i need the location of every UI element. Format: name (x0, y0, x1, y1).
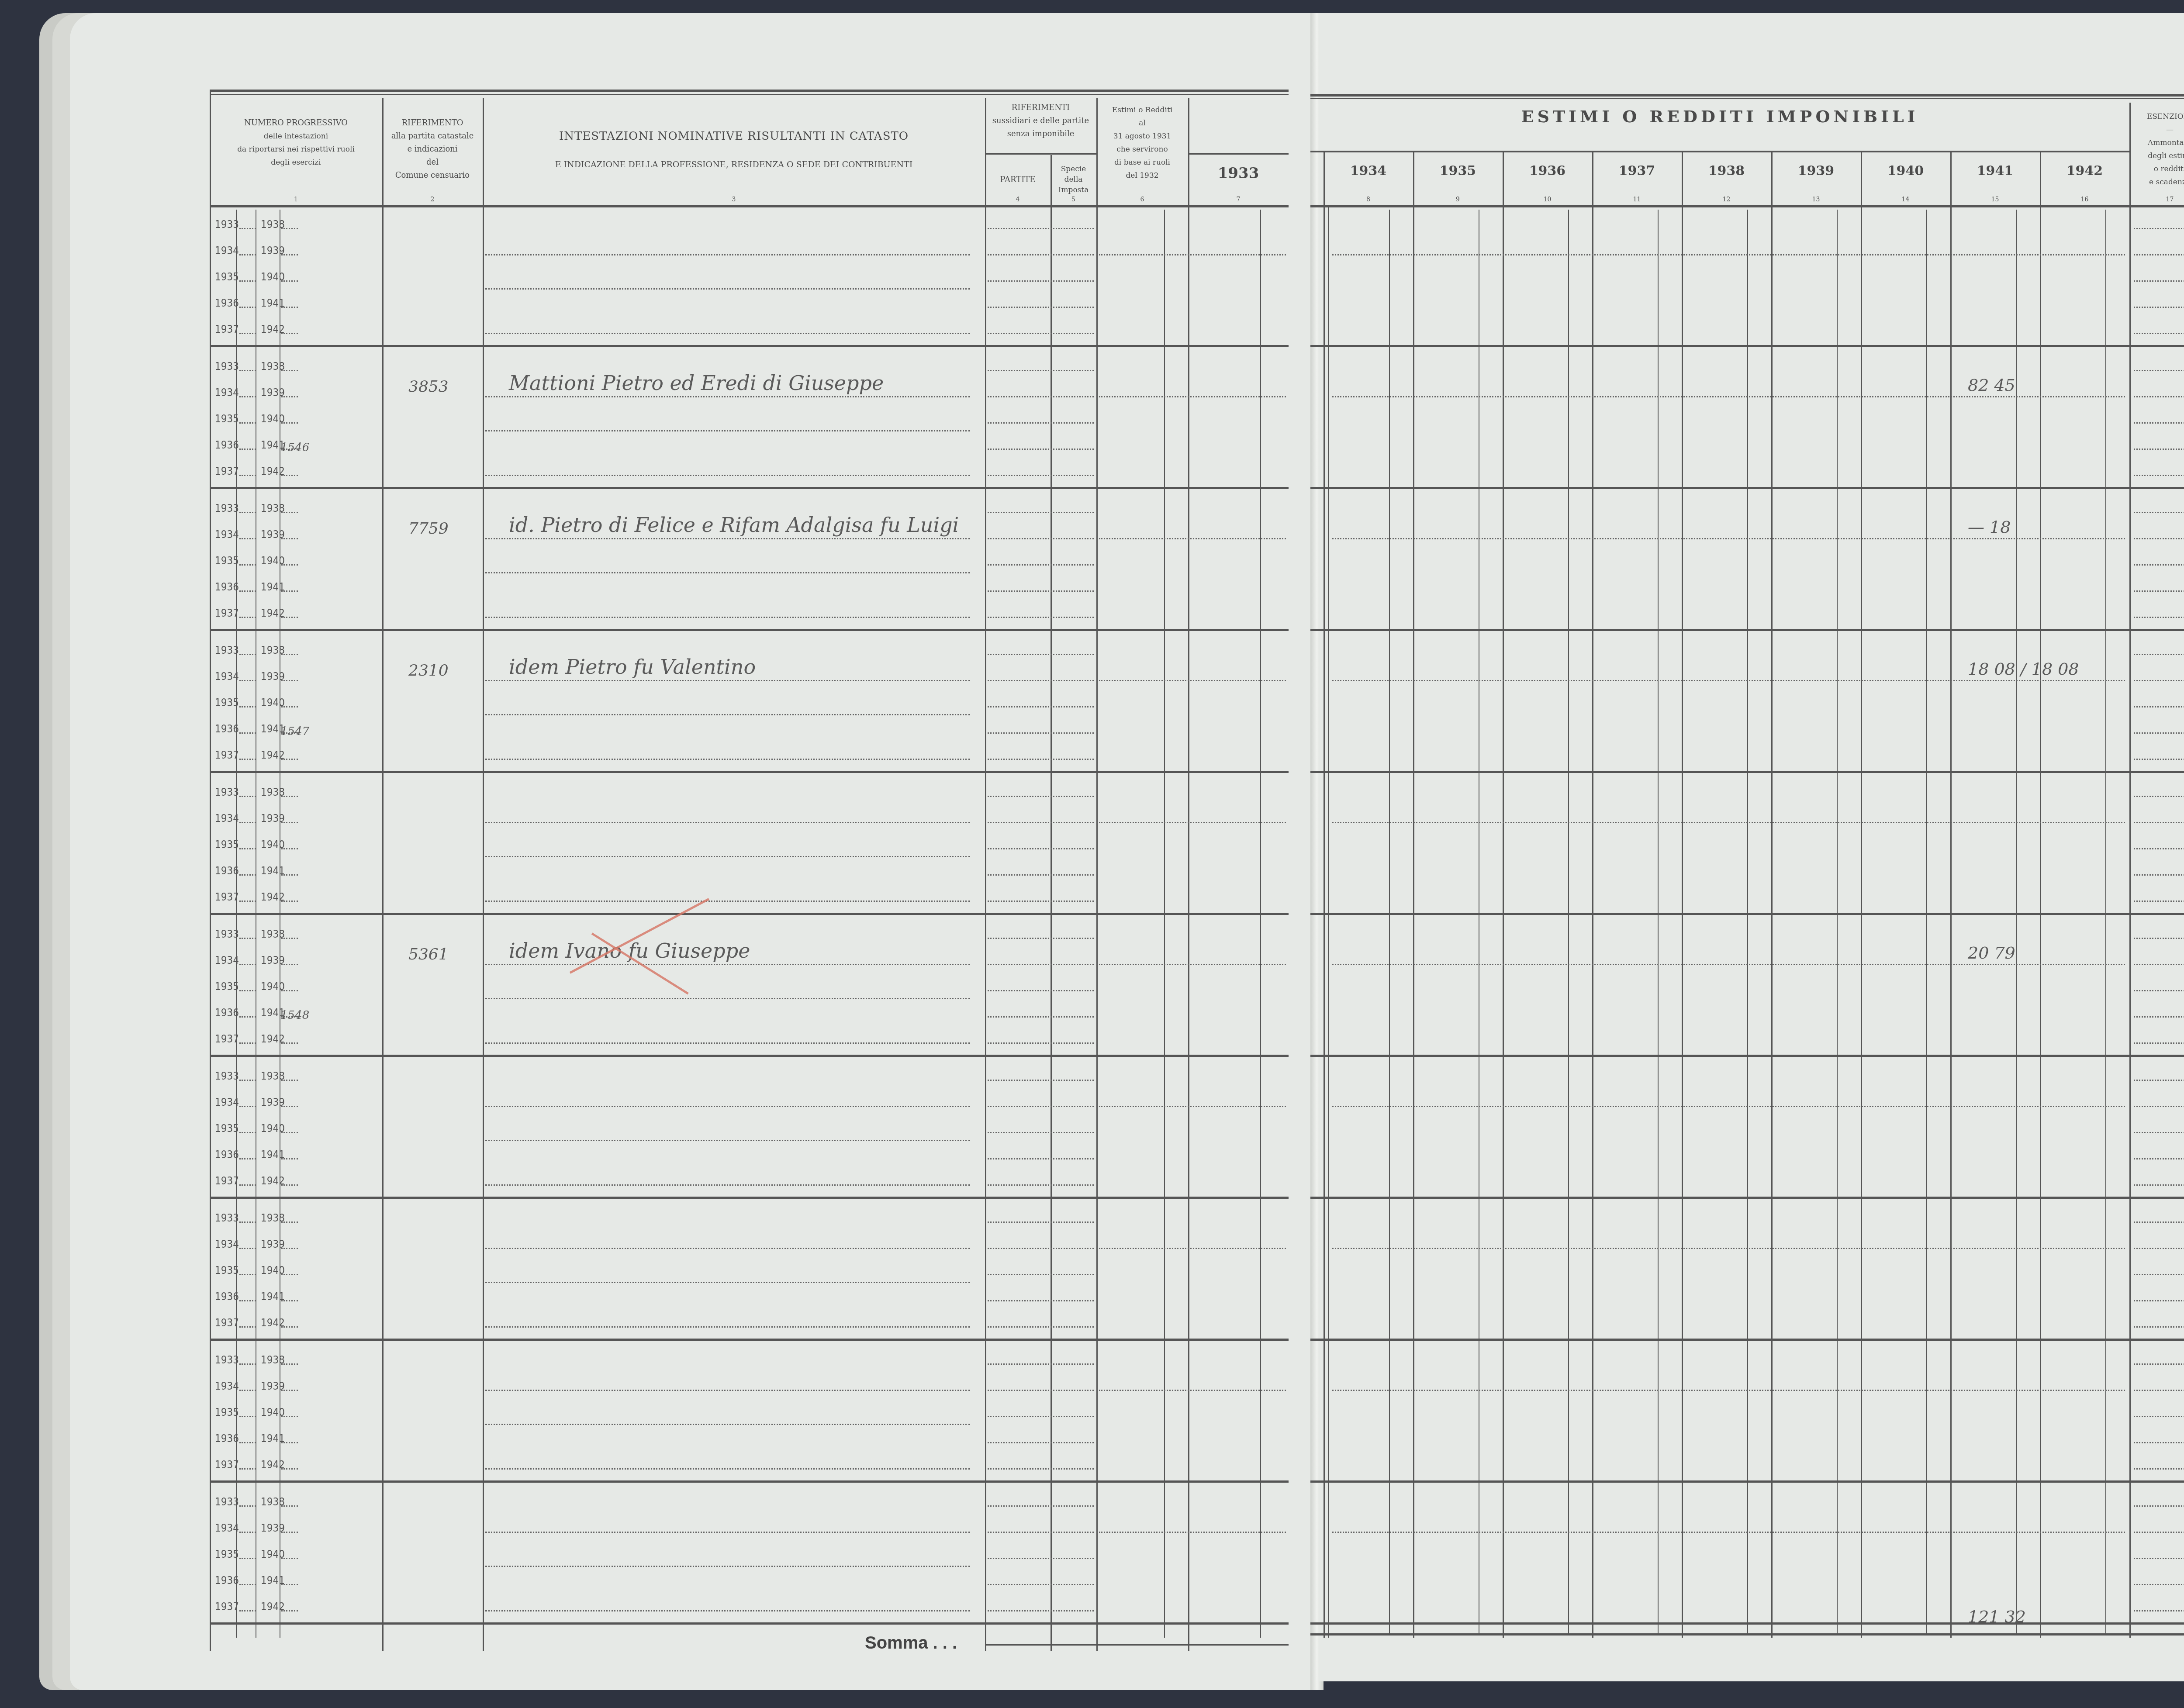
dotted-rule (988, 848, 1094, 849)
col2-header-line: RIFERIMENTO (382, 118, 483, 128)
partita-number: 5361 (408, 945, 449, 963)
col2-header-line: Comune censuario (382, 170, 483, 181)
dotted-rule (1099, 538, 1286, 539)
dotted-rule (1099, 1248, 1286, 1249)
dotted-rule (281, 396, 298, 397)
block-separator-rule (1310, 629, 2184, 631)
name-dotted-rule (485, 901, 970, 902)
year-label: 1936 (215, 1149, 239, 1161)
dotted-rule (988, 1184, 1094, 1186)
esenzioni-dotted-rule (2134, 1221, 2184, 1223)
year-column-divider (1413, 151, 1414, 1638)
year-label: 1937 (215, 465, 239, 477)
year-label: 1935 (215, 697, 239, 709)
year-label: 1934 (215, 1380, 239, 1392)
year-label: 1934 (215, 670, 239, 683)
dotted-rule (239, 848, 256, 849)
dotted-rule (1332, 822, 2125, 823)
name-dotted-rule (485, 538, 970, 539)
dotted-rule (988, 759, 1094, 760)
dotted-rule (239, 1610, 256, 1611)
dotted-rule (988, 1468, 1094, 1470)
year-label: 1934 (215, 386, 239, 399)
col5-header-line: Imposta (1051, 185, 1096, 195)
dotted-rule (988, 1300, 1094, 1301)
name-dotted-rule (485, 617, 970, 618)
dotted-rule (988, 1584, 1094, 1585)
dotted-rule (988, 512, 1094, 513)
col5-number: 5 (1051, 194, 1096, 205)
block-separator-rule (210, 1622, 1289, 1625)
esenzioni-dotted-rule (2134, 538, 2184, 539)
dotted-rule (281, 874, 298, 876)
dotted-rule (1099, 680, 1286, 681)
dotted-rule (1332, 254, 2125, 255)
dotted-rule (1332, 1532, 2125, 1533)
name-dotted-rule (485, 1042, 970, 1044)
col1-number: 1 (210, 194, 382, 205)
dotted-rule (239, 1221, 256, 1223)
dotted-rule (281, 901, 298, 902)
esenzioni-dotted-rule (2134, 848, 2184, 849)
dotted-rule (281, 990, 298, 991)
name-dotted-rule (485, 998, 970, 999)
dotted-rule (281, 564, 298, 566)
ledger-book: Mod. 111 - Imposte Dirette (Intercalare)… (26, 13, 2184, 1699)
year-label: 1933 (215, 1354, 239, 1366)
year-label: 1934 (215, 954, 239, 966)
dotted-rule (988, 964, 1094, 965)
dotted-rule (239, 370, 256, 371)
esenzioni-dotted-rule (2134, 874, 2184, 876)
dotted-rule (988, 1158, 1094, 1159)
column-divider (1188, 98, 1189, 1651)
name-dotted-rule (485, 430, 970, 431)
dotted-rule (239, 307, 256, 308)
column-divider (1096, 98, 1098, 1651)
dotted-rule (281, 1042, 298, 1044)
dotted-rule (239, 732, 256, 734)
dotted-rule (239, 538, 256, 539)
dotted-rule (281, 1221, 298, 1223)
dotted-rule (988, 280, 1094, 282)
dotted-rule (239, 1106, 256, 1107)
dotted-rule (988, 706, 1094, 707)
block-separator-rule (1310, 1622, 2184, 1625)
dotted-rule (281, 1106, 298, 1107)
cents-divider (1926, 210, 1927, 1633)
year-label: 1935 (215, 555, 239, 567)
value-1941: 20 79 (1968, 943, 2015, 963)
block-separator-rule (1310, 1197, 2184, 1199)
block-separator-rule (210, 629, 1289, 631)
dotted-rule (239, 422, 256, 424)
somma-rule (985, 1644, 1289, 1646)
year-label: 1935 (215, 1264, 239, 1277)
dotted-rule (281, 538, 298, 539)
dotted-rule (988, 564, 1094, 566)
esenzioni-dotted-rule (2134, 1248, 2184, 1249)
block-separator-rule (210, 1480, 1289, 1483)
dotted-rule (239, 333, 256, 334)
dotted-rule (988, 654, 1094, 655)
column-divider (985, 98, 986, 1651)
dotted-rule (988, 1532, 1094, 1533)
dotted-rule (239, 1300, 256, 1301)
year-label: 1934 (215, 245, 239, 257)
name-dotted-rule (485, 1566, 970, 1567)
esenzioni-header-line: e scadenze (2129, 177, 2184, 187)
dotted-rule (239, 990, 256, 991)
total-rule (1310, 1633, 2184, 1636)
block-separator-rule (210, 1055, 1289, 1057)
dotted-rule (239, 475, 256, 476)
year-column-number: 8 (1324, 194, 1413, 205)
cents-divider (2105, 210, 2106, 1633)
year-label: 1934 (215, 1522, 239, 1534)
dotted-rule (281, 1300, 298, 1301)
ledger-ref-note: 1548 (280, 1009, 309, 1022)
name-dotted-rule (485, 288, 970, 290)
col6-number: 6 (1096, 194, 1188, 205)
year-label: 1935 (215, 980, 239, 993)
left-page (70, 13, 1315, 1690)
col5-header-line: Specie (1051, 164, 1096, 174)
dotted-rule (1332, 1248, 2125, 1249)
year-label: 1937 (215, 1459, 239, 1471)
name-dotted-rule (485, 572, 970, 573)
col45-group-header: senza imponibile (985, 129, 1096, 139)
year-label: 1937 (215, 749, 239, 761)
block-separator-rule (1310, 345, 2184, 347)
dotted-rule (281, 706, 298, 707)
esenzioni-dotted-rule (2134, 796, 2184, 797)
header-top-rule-thin (1310, 98, 2184, 99)
year-label: 1937 (215, 1317, 239, 1329)
name-dotted-rule (485, 396, 970, 397)
esenzioni-dotted-rule (2134, 1468, 2184, 1470)
column-divider (1051, 155, 1052, 1651)
year-column-number: 11 (1592, 194, 1682, 205)
dotted-rule (988, 307, 1094, 308)
block-separator-rule (210, 771, 1289, 773)
estimi-title: ESTIMI O REDDITI IMPONIBILI (1310, 111, 2129, 122)
dotted-rule (281, 590, 298, 592)
esenzioni-dotted-rule (2134, 1416, 2184, 1417)
year-label: 1936 (215, 581, 239, 593)
dotted-rule (239, 796, 256, 797)
year-header: 1937 (1592, 166, 1682, 176)
dotted-rule (988, 617, 1094, 618)
name-dotted-rule (485, 1326, 970, 1328)
dotted-rule (239, 1390, 256, 1391)
dotted-rule (988, 254, 1094, 255)
dotted-rule (239, 1184, 256, 1186)
year-label: 1935 (215, 1548, 239, 1560)
dotted-rule (281, 822, 298, 823)
dotted-rule (1332, 964, 2125, 965)
esenzioni-dotted-rule (2134, 1584, 2184, 1585)
dotted-rule (988, 590, 1094, 592)
esenzioni-dotted-rule (2134, 228, 2184, 229)
header-top-rule (210, 90, 1289, 92)
dotted-rule (281, 1468, 298, 1470)
dotted-rule (988, 1363, 1094, 1365)
block-separator-rule (210, 1197, 1289, 1199)
dotted-rule (988, 449, 1094, 450)
dotted-rule (281, 938, 298, 939)
column-divider (483, 98, 484, 1651)
year-column-divider (1682, 151, 1683, 1638)
year-label: 1937 (215, 1033, 239, 1045)
dotted-rule (281, 307, 298, 308)
name-dotted-rule (485, 1424, 970, 1425)
block-separator-rule (1310, 1055, 2184, 1057)
dotted-rule (1099, 1106, 1286, 1107)
dotted-rule (239, 1248, 256, 1249)
year-label: 1935 (215, 838, 239, 851)
block-separator-rule (210, 487, 1289, 489)
esenzioni-dotted-rule (2134, 1505, 2184, 1507)
year-label: 1934 (215, 528, 239, 541)
esenzioni-dotted-rule (2134, 1132, 2184, 1133)
dotted-rule (281, 280, 298, 282)
dotted-rule (988, 1221, 1094, 1223)
year-label: 1933 (215, 644, 239, 656)
name-dotted-rule (485, 964, 970, 965)
dotted-rule (281, 512, 298, 513)
year-label: 1934 (215, 1096, 239, 1108)
esenzioni-dotted-rule (2134, 1158, 2184, 1159)
year-header: 1934 (1324, 166, 1413, 176)
year-label: 1937 (215, 323, 239, 335)
block-separator-rule (210, 1339, 1289, 1341)
dotted-rule (1332, 680, 2125, 681)
value-1941: — 18 (1968, 518, 2011, 537)
dotted-rule (239, 759, 256, 760)
esenzioni-dotted-rule (2134, 759, 2184, 760)
dotted-rule (281, 475, 298, 476)
block-separator-rule (1310, 487, 2184, 489)
year-header: 1941 (1950, 166, 2040, 176)
name-dotted-rule (485, 1248, 970, 1249)
dotted-rule (988, 990, 1094, 991)
year-label: 1936 (215, 439, 239, 451)
block-separator-rule (1310, 771, 2184, 773)
year-label: 1935 (215, 271, 239, 283)
col1-header-line: NUMERO PROGRESSIVO (210, 118, 382, 128)
esenzioni-dotted-rule (2134, 732, 2184, 734)
dotted-rule (239, 654, 256, 655)
name-dotted-rule (485, 680, 970, 681)
block-separator-rule (210, 913, 1289, 915)
year-label: 1937 (215, 607, 239, 619)
name-dotted-rule (485, 1282, 970, 1283)
esenzioni-dotted-rule (2134, 475, 2184, 476)
name-dotted-rule (485, 1390, 970, 1391)
dotted-rule (988, 422, 1094, 424)
owner-name: idem Ivano fu Giuseppe (509, 939, 750, 963)
dotted-rule (988, 874, 1094, 876)
dotted-rule (988, 680, 1094, 681)
somma-label: Somma . . . (865, 1633, 957, 1653)
dotted-rule (281, 1416, 298, 1417)
owner-name: Mattioni Pietro ed Eredi di Giuseppe (509, 371, 884, 395)
cents-divider (2016, 210, 2017, 1633)
total-1941: 121 32 (1968, 1607, 2026, 1626)
esenzioni-dotted-rule (2134, 1390, 2184, 1391)
sub-divider (1164, 210, 1165, 1638)
dotted-rule (988, 370, 1094, 371)
year-label: 1935 (215, 1406, 239, 1418)
col2-number: 2 (382, 194, 483, 205)
partita-number: 7759 (408, 520, 449, 538)
dotted-rule (1332, 1106, 2125, 1107)
cents-divider (1747, 210, 1748, 1633)
name-dotted-rule (485, 856, 970, 857)
dotted-rule (239, 1442, 256, 1443)
dotted-rule (239, 938, 256, 939)
col2-header-line: e indicazioni (382, 144, 483, 155)
dotted-rule (988, 796, 1094, 797)
dotted-rule (988, 1390, 1094, 1391)
year-label: 1936 (215, 1574, 239, 1587)
esenzioni-dotted-rule (2134, 1300, 2184, 1301)
dotted-rule (281, 1080, 298, 1081)
year-column-number: 16 (2040, 194, 2129, 205)
column-divider (2129, 103, 2131, 1638)
col6-header-line: che servirono (1096, 144, 1188, 155)
dotted-rule (988, 822, 1094, 823)
esenzioni-header-line: o redditi (2129, 164, 2184, 174)
partita-number: 3853 (408, 378, 449, 396)
year-label: 1933 (215, 360, 239, 373)
dotted-rule (281, 422, 298, 424)
esenzioni-dotted-rule (2134, 1184, 2184, 1186)
col6-header-line: del 1932 (1096, 170, 1188, 181)
esenzioni-header-line: ESENZIONI (2129, 111, 2184, 122)
dotted-rule (1332, 396, 2125, 397)
dotted-rule (239, 1532, 256, 1533)
year-label: 1933 (215, 1070, 239, 1082)
esenzioni-dotted-rule (2134, 422, 2184, 424)
col2-header-line: del (382, 157, 483, 168)
name-dotted-rule (485, 1106, 970, 1107)
dotted-rule (281, 1274, 298, 1275)
dotted-rule (239, 1416, 256, 1417)
name-dotted-rule (485, 333, 970, 334)
esenzioni-dotted-rule (2134, 1363, 2184, 1365)
dotted-rule (281, 848, 298, 849)
block-separator-rule (210, 345, 1289, 347)
dotted-rule (281, 333, 298, 334)
dotted-rule (281, 654, 298, 655)
year-label: 1937 (215, 891, 239, 903)
esenzioni-dotted-rule (2134, 254, 2184, 255)
owner-name: idem Pietro fu Valentino (509, 655, 756, 679)
col3-number: 3 (483, 194, 985, 205)
dotted-rule (239, 1016, 256, 1018)
subheader-rule (985, 153, 1096, 155)
year-label: 1936 (215, 723, 239, 735)
col1-header-line: degli esercizi (210, 157, 382, 168)
name-dotted-rule (485, 1610, 970, 1611)
year-label: 1933 (215, 218, 239, 231)
dotted-rule (988, 1042, 1094, 1044)
value-1941: 18 08 / 18 08 (1968, 659, 2079, 679)
year-column-divider (1503, 151, 1504, 1638)
esenzioni-dotted-rule (2134, 449, 2184, 450)
dotted-rule (1099, 822, 1286, 823)
year-header: 1939 (1771, 166, 1861, 176)
dotted-rule (239, 512, 256, 513)
year-label: 1934 (215, 812, 239, 825)
esenzioni-dotted-rule (2134, 396, 2184, 397)
esenzioni-dotted-rule (2134, 654, 2184, 655)
dotted-rule (988, 333, 1094, 334)
left-border (210, 90, 211, 1651)
esenzioni-dotted-rule (2134, 333, 2184, 334)
year-label: 1934 (215, 1238, 239, 1250)
esenzioni-dotted-rule (2134, 1016, 2184, 1018)
year-label: 1933 (215, 928, 239, 940)
cents-divider (1568, 210, 1569, 1633)
subheader-rule (1310, 151, 2129, 152)
dotted-rule (239, 564, 256, 566)
col6-header-line: di base ai ruoli (1096, 157, 1188, 168)
year-header: 1935 (1413, 166, 1503, 176)
col45-group-header: RIFERIMENTI (985, 103, 1096, 113)
dotted-rule (1099, 396, 1286, 397)
dotted-rule (239, 228, 256, 229)
name-dotted-rule (485, 714, 970, 715)
esenzioni-dotted-rule (2134, 822, 2184, 823)
esenzioni-dotted-rule (2134, 706, 2184, 707)
esenzioni-dotted-rule (2134, 1326, 2184, 1328)
year-label: 1937 (215, 1175, 239, 1187)
dotted-rule (281, 1363, 298, 1365)
col1-header-line: da riportarsi nei rispettivi ruoli (210, 144, 382, 155)
cents-divider (1658, 210, 1659, 1633)
col4-header: PARTITE (985, 175, 1051, 185)
dotted-rule (239, 1274, 256, 1275)
esenzioni-dotted-rule (2134, 617, 2184, 618)
dotted-rule (281, 1390, 298, 1391)
dotted-rule (988, 1106, 1094, 1107)
dotted-rule (281, 254, 298, 255)
dotted-rule (988, 1132, 1094, 1133)
esenzioni-dotted-rule (2134, 901, 2184, 902)
dotted-rule (988, 1016, 1094, 1018)
year-label: 1933 (215, 786, 239, 798)
cents-divider (1389, 210, 1390, 1633)
year-label: 1936 (215, 297, 239, 309)
year-column-number: 13 (1771, 194, 1861, 205)
dotted-rule (239, 1584, 256, 1585)
dotted-rule (239, 874, 256, 876)
dotted-rule (281, 1558, 298, 1559)
esenzioni-dotted-rule (2134, 590, 2184, 592)
value-1941: 82 45 (1968, 376, 2015, 395)
dotted-rule (1099, 254, 1286, 255)
name-dotted-rule (485, 822, 970, 823)
year-column-divider (1324, 151, 1325, 1638)
esenzioni-dotted-rule (2134, 938, 2184, 939)
dotted-rule (988, 538, 1094, 539)
col6-header-line: al (1096, 118, 1188, 128)
dotted-rule (281, 964, 298, 965)
dotted-rule (281, 796, 298, 797)
